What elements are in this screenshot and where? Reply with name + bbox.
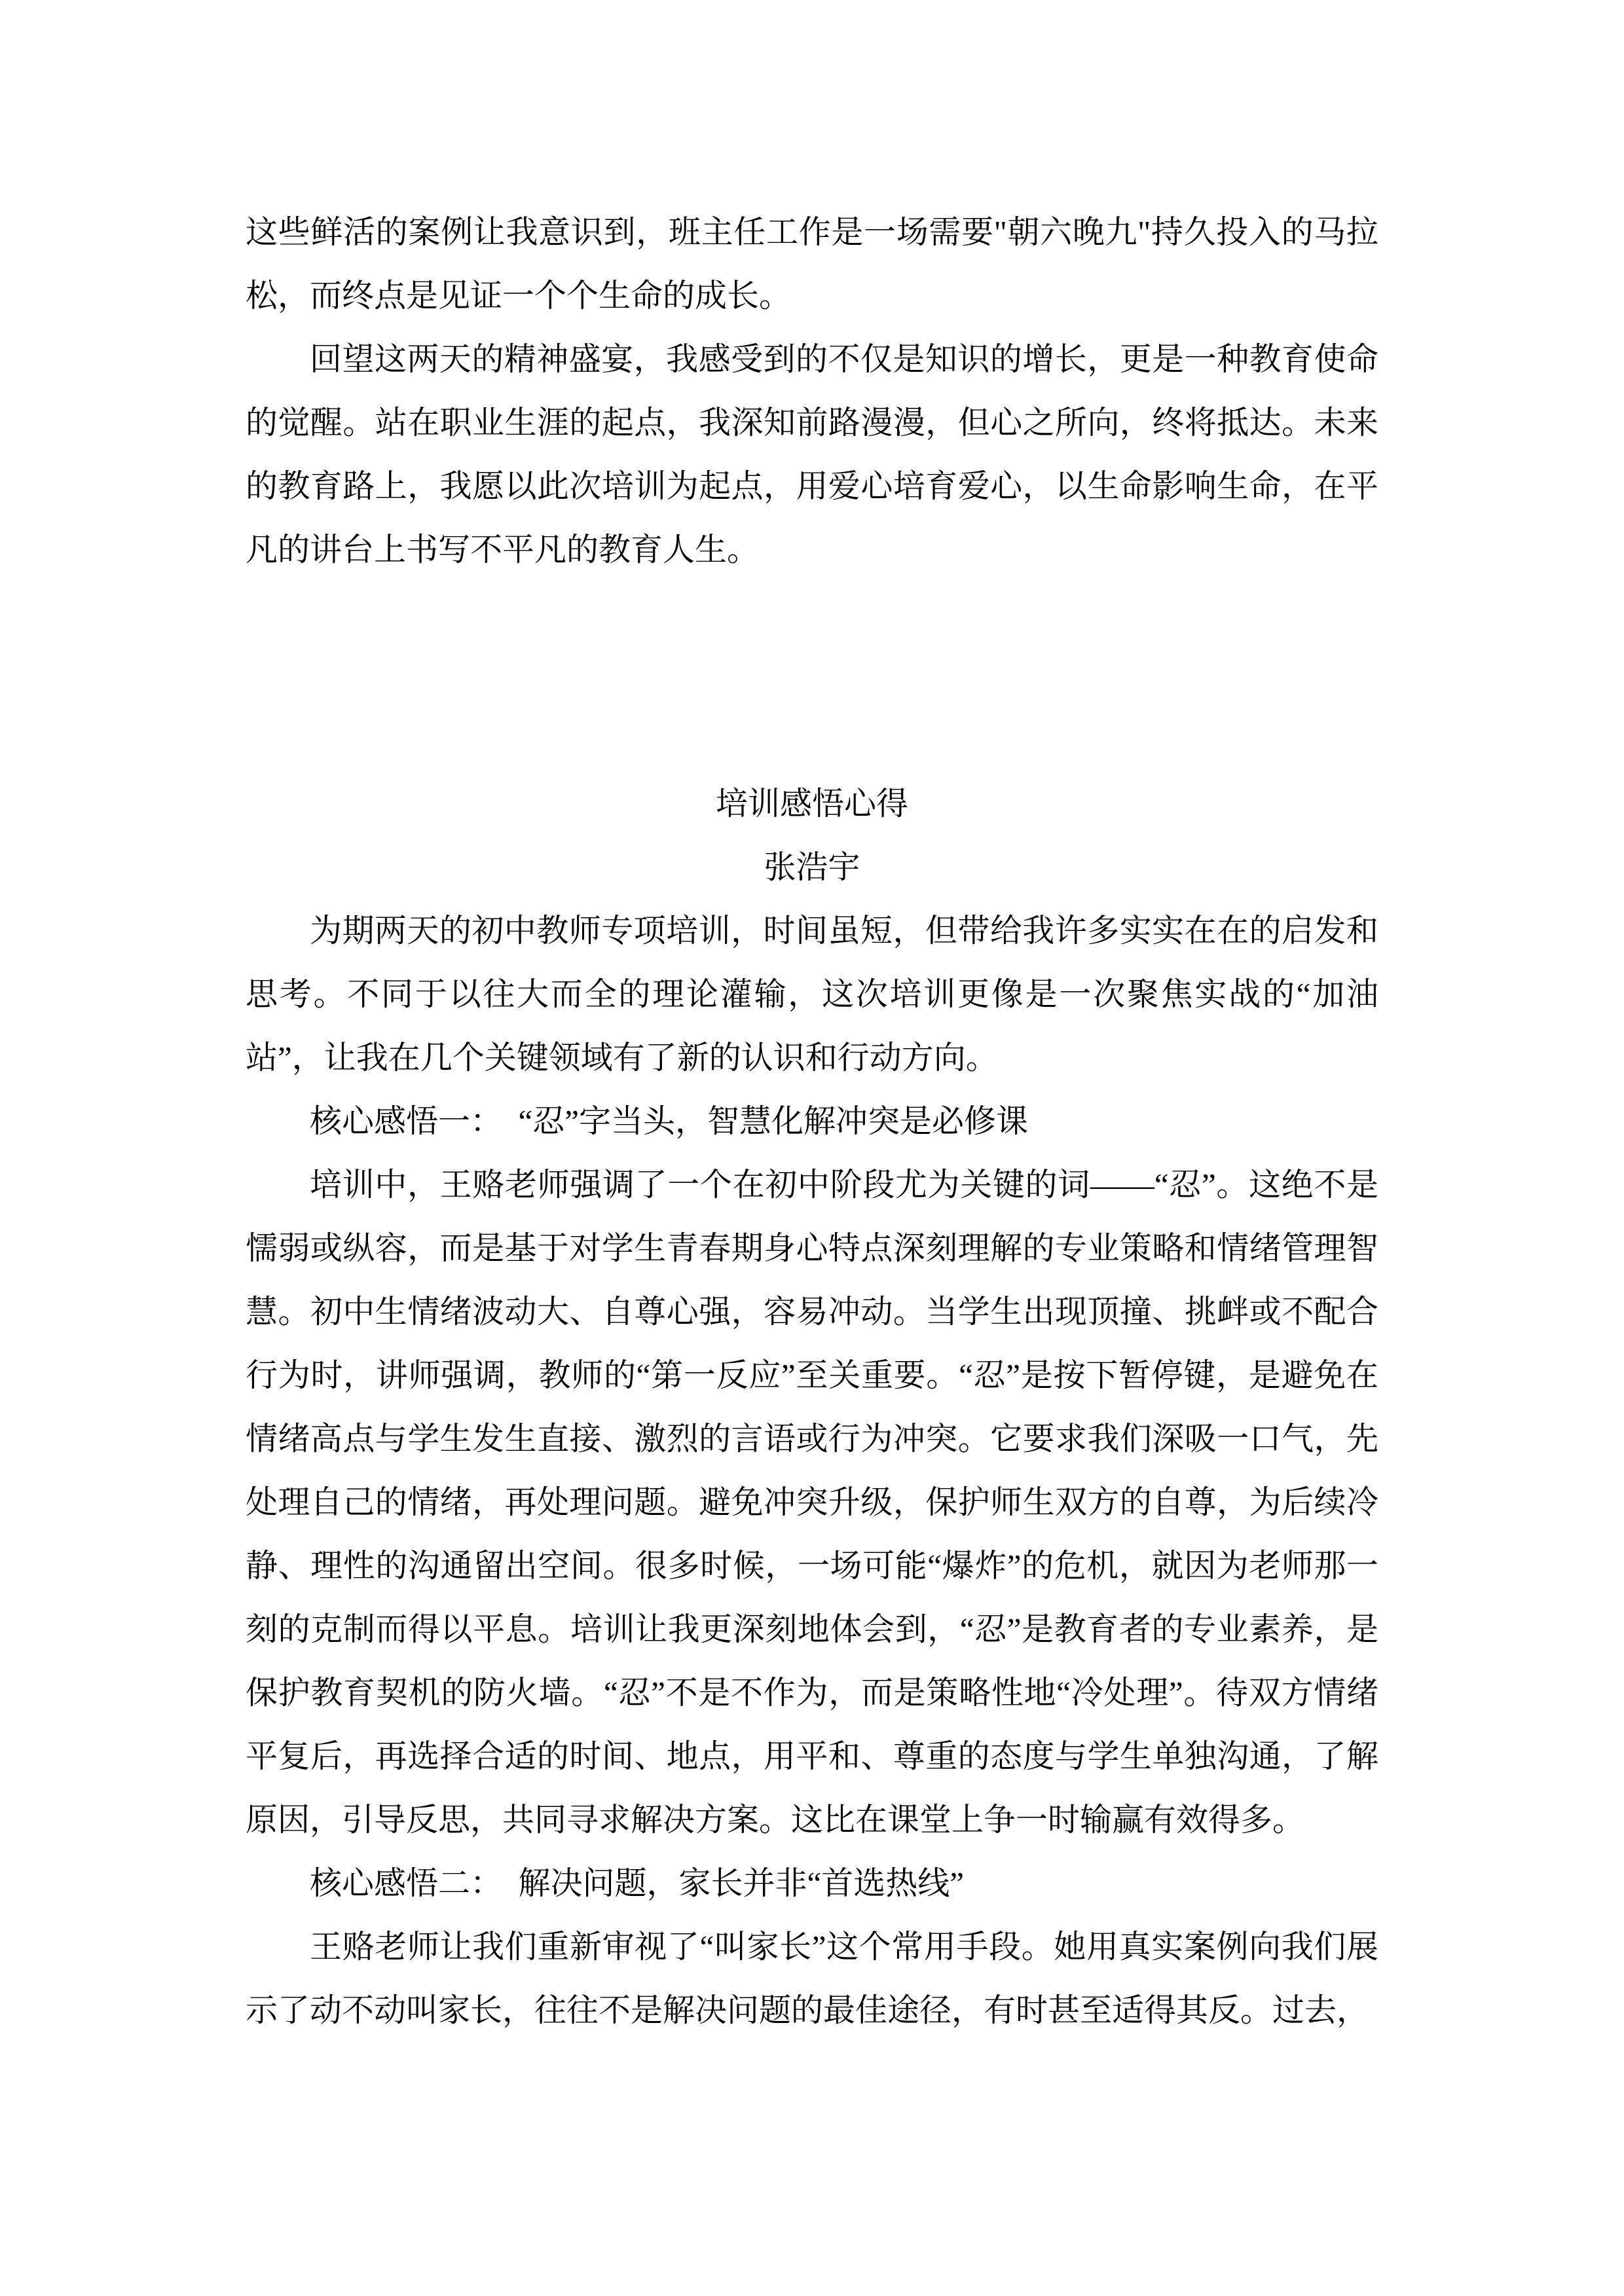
closing-paragraph: 回望这两天的精神盛宴，我感受到的不仅是知识的增长，更是一种教育使命的觉醒。站在职… <box>246 327 1378 581</box>
essay-title: 培训感悟心得 <box>246 772 1378 835</box>
paragraph-continuation: 这些鲜活的案例让我意识到，班主任工作是一场需要"朝六晚九"持久投入的马拉松，而终… <box>246 200 1378 327</box>
document-content: 这些鲜活的案例让我意识到，班主任工作是一场需要"朝六晚九"持久投入的马拉松，而终… <box>246 200 1378 2042</box>
section-heading-1: 核心感悟一： “忍”字当头，智慧化解冲突是必修课 <box>246 1089 1378 1153</box>
document-page: 这些鲜活的案例让我意识到，班主任工作是一场需要"朝六晚九"持久投入的马拉松，而终… <box>0 0 1624 2296</box>
section-gap <box>246 581 1378 772</box>
intro-paragraph: 为期两天的初中教师专项培训，时间虽短，但带给我许多实实在在的启发和思考。不同于以… <box>246 899 1378 1089</box>
section-heading-2: 核心感悟二： 解决问题，家长并非“首选热线” <box>246 1851 1378 1915</box>
insight-1-paragraph: 培训中，王赂老师强调了一个在初中阶段尤为关键的词——“忍”。这绝不是懦弱或纵容，… <box>246 1153 1378 1851</box>
essay-author: 张浩宇 <box>246 835 1378 899</box>
insight-2-paragraph: 王赂老师让我们重新审视了“叫家长”这个常用手段。她用真实案例向我们展示了动不动叫… <box>246 1915 1378 2042</box>
